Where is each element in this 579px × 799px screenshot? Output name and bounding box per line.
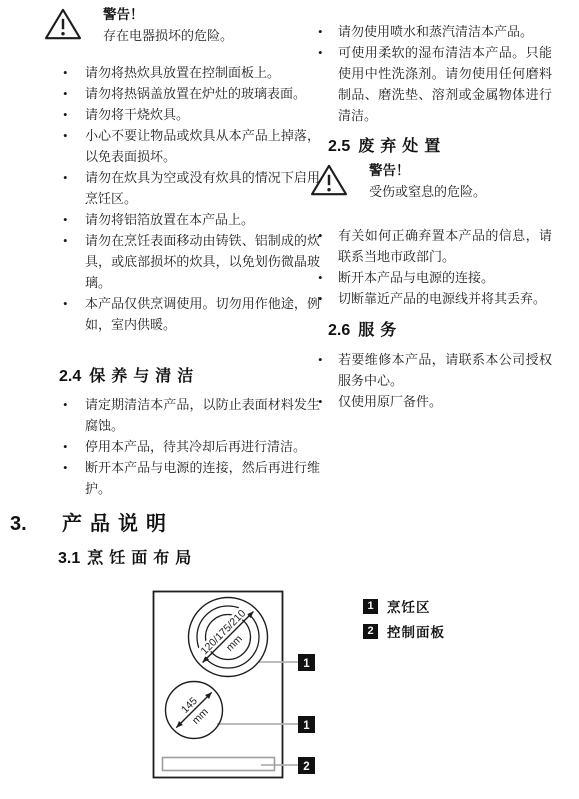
hob-layout-diagram: 120/175/210 mm 145 mm 1 xyxy=(150,588,335,799)
section-heading-service: 2.6服务 xyxy=(328,321,552,341)
section-title: 烹饪面布局 xyxy=(87,550,197,567)
chapter-number: 3. xyxy=(10,511,62,537)
legend-label: 烹饪区 xyxy=(387,596,431,616)
bullet-item: 请勿将干烧炊具。 xyxy=(40,104,320,125)
section-number: 2.5 xyxy=(328,138,350,155)
bullet-item: 请定期清洁本产品，以防止表面材料发生腐蚀。 xyxy=(40,394,320,436)
legend-item-cooking-zone: 1 烹饪区 xyxy=(363,596,445,616)
callout-2: 2 xyxy=(298,757,315,774)
left-column: 警告！ 存在电器损坏的危险。 请勿将热炊具放置在控制面板上。 请勿将热锅盖放置在… xyxy=(40,0,320,499)
warning-box-disposal: 警告！ 受伤或窒息的危险。 xyxy=(310,163,552,202)
bullet-item: 请勿在烹饪表面移动由铸铁、铝制成的炊具，或底部损坏的炊具，以免划伤微晶玻璃。 xyxy=(40,230,320,293)
legend-key-badge: 1 xyxy=(363,599,378,614)
section-title: 废弃处置 xyxy=(358,138,446,155)
bullet-item: 可使用柔软的湿布清洁本产品。只能使用中性洗涤剂。请勿使用任何磨料制品、磨洗垫、溶… xyxy=(310,42,552,126)
bullet-item: 停用本产品，待其冷却后再进行清洁。 xyxy=(40,436,320,457)
care-bullet-list: 请定期清洁本产品，以防止表面材料发生腐蚀。 停用本产品，待其冷却后再进行清洁。 … xyxy=(40,394,320,499)
section-title: 服务 xyxy=(358,322,402,339)
manual-page: 警告！ 存在电器损坏的危险。 请勿将热炊具放置在控制面板上。 请勿将热锅盖放置在… xyxy=(0,0,579,799)
bullet-item: 本产品仅供烹调使用。切勿用作他途，例如，室内供暖。 xyxy=(40,293,320,335)
warning-box-appliance: 警告！ 存在电器损坏的危险。 xyxy=(44,7,320,46)
warning-title: 警告！ xyxy=(369,163,486,179)
callout-1a: 1 xyxy=(298,654,315,671)
diagram-legend: 1 烹饪区 2 控制面板 xyxy=(363,596,445,646)
bullet-item: 仅使用原厂备件。 xyxy=(310,391,552,412)
section-heading-care: 2.4保养与清洁 xyxy=(59,367,320,387)
section-number: 2.4 xyxy=(59,368,81,385)
section-number: 2.6 xyxy=(328,322,350,339)
bullet-item: 断开本产品与电源的连接。 xyxy=(310,267,552,288)
section-title: 保养与清洁 xyxy=(89,368,199,385)
callout-number: 1 xyxy=(303,720,310,732)
service-bullet-list: 若要维修本产品，请联系本公司授权服务中心。 仅使用原厂备件。 xyxy=(310,349,552,412)
bullet-item: 请勿将铝箔放置在本产品上。 xyxy=(40,209,320,230)
warning-title: 警告！ xyxy=(103,7,233,23)
cooking-zone-large: 120/175/210 mm xyxy=(189,598,268,677)
subsection-heading-layout: 3.1烹饪面布局 xyxy=(58,549,197,569)
chapter-title: 产品说明 xyxy=(62,511,174,537)
control-panel-outline xyxy=(163,758,275,771)
cleaning-bullet-list: 请勿使用喷水和蒸汽清洁本产品。 可使用柔软的湿布清洁本产品。只能使用中性洗涤剂。… xyxy=(310,21,552,126)
bullet-item: 切断靠近产品的电源线并将其丢弃。 xyxy=(310,288,552,309)
bullet-item: 若要维修本产品，请联系本公司授权服务中心。 xyxy=(310,349,552,391)
warning-text: 警告！ 存在电器损坏的危险。 xyxy=(103,7,233,44)
callout-number: 1 xyxy=(303,658,310,670)
legend-item-control-panel: 2 控制面板 xyxy=(363,621,445,641)
section-number: 3.1 xyxy=(58,550,80,567)
legend-label: 控制面板 xyxy=(387,621,445,641)
callout-1b: 1 xyxy=(298,716,315,733)
bullet-item: 断开本产品与电源的连接，然后再进行维护。 xyxy=(40,457,320,499)
warning-text: 警告！ 受伤或窒息的危险。 xyxy=(369,163,486,200)
callout-number: 2 xyxy=(303,761,309,773)
bullet-item: 小心不要让物品或炊具从本产品上掉落，以免表面损坏。 xyxy=(40,125,320,167)
legend-key-badge: 2 xyxy=(363,624,378,639)
chapter-heading: 3. 产品说明 xyxy=(10,511,174,537)
warning-description: 存在电器损坏的危险。 xyxy=(103,28,233,44)
right-column: 请勿使用喷水和蒸汽清洁本产品。 可使用柔软的湿布清洁本产品。只能使用中性洗涤剂。… xyxy=(310,0,552,412)
warning-triangle-icon xyxy=(44,7,82,46)
warning-triangle-icon xyxy=(310,163,348,202)
bullet-item: 请勿使用喷水和蒸汽清洁本产品。 xyxy=(310,21,552,42)
warning-description: 受伤或窒息的危险。 xyxy=(369,184,486,200)
section-heading-disposal: 2.5废弃处置 xyxy=(328,137,552,157)
disposal-bullet-list: 有关如何正确弃置本产品的信息，请联系当地市政部门。 断开本产品与电源的连接。 切… xyxy=(310,225,552,309)
bullet-item: 请勿在炊具为空或没有炊具的情况下启用烹饪区。 xyxy=(40,167,320,209)
bullet-item: 请勿将热炊具放置在控制面板上。 xyxy=(40,62,320,83)
bullet-item: 有关如何正确弃置本产品的信息，请联系当地市政部门。 xyxy=(310,225,552,267)
cooking-zone-small: 145 mm xyxy=(166,682,223,739)
bullet-item: 请勿将热锅盖放置在炉灶的玻璃表面。 xyxy=(40,83,320,104)
usage-bullet-list: 请勿将热炊具放置在控制面板上。 请勿将热锅盖放置在炉灶的玻璃表面。 请勿将干烧炊… xyxy=(40,62,320,335)
